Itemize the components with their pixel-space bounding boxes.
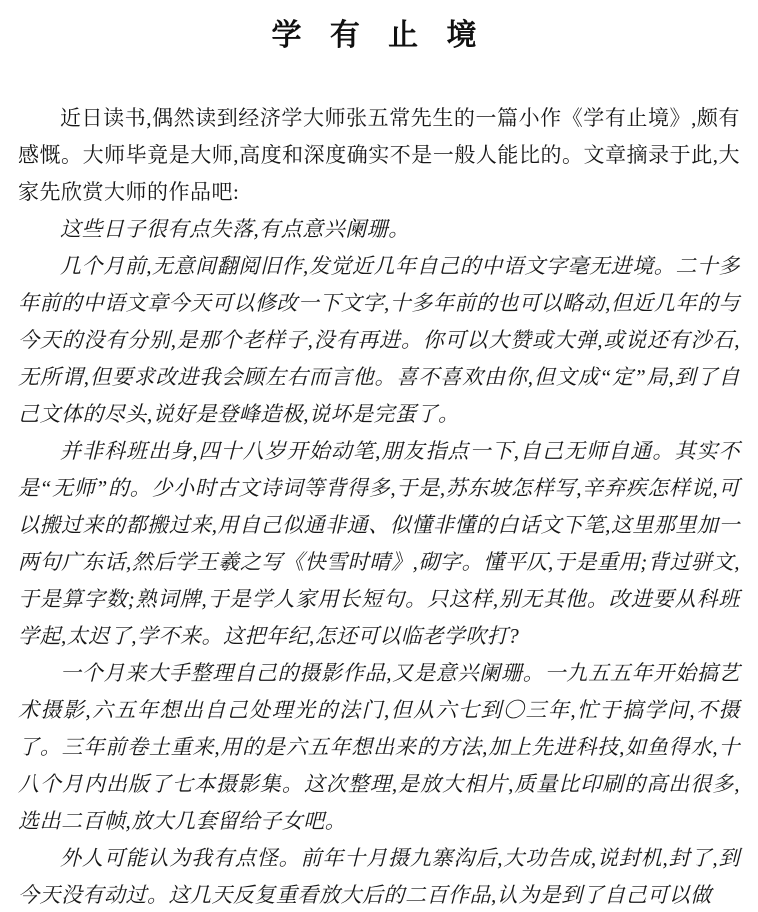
quote-paragraph-3: 并非科班出身,四十八岁开始动笔,朋友指点一下,自己无师自通。其实不是“无师”的。…	[18, 433, 740, 655]
quote-paragraph-5: 外人可能认为我有点怪。前年十月摄九寨沟后,大功告成,说封机,封了,到今天没有动过…	[18, 840, 740, 912]
intro-paragraph: 近日读书,偶然读到经济学大师张五常先生的一篇小作《学有止境》,颇有感慨。大师毕竟…	[18, 100, 740, 211]
quote-paragraph-2: 几个月前,无意间翻阅旧作,发觉近几年自己的中语文字毫无进境。二十多年前的中语文章…	[18, 248, 740, 433]
article-body: 近日读书,偶然读到经济学大师张五常先生的一篇小作《学有止境》,颇有感慨。大师毕竟…	[18, 100, 740, 912]
quote-paragraph-1: 这些日子很有点失落,有点意兴阑珊。	[18, 211, 740, 248]
quote-paragraph-4: 一个月来大手整理自己的摄影作品,又是意兴阑珊。一九五五年开始搞艺术摄影,六五年想…	[18, 655, 740, 840]
document-page: 学 有 止 境 近日读书,偶然读到经济学大师张五常先生的一篇小作《学有止境》,颇…	[0, 0, 758, 912]
page-title: 学 有 止 境	[18, 16, 740, 56]
